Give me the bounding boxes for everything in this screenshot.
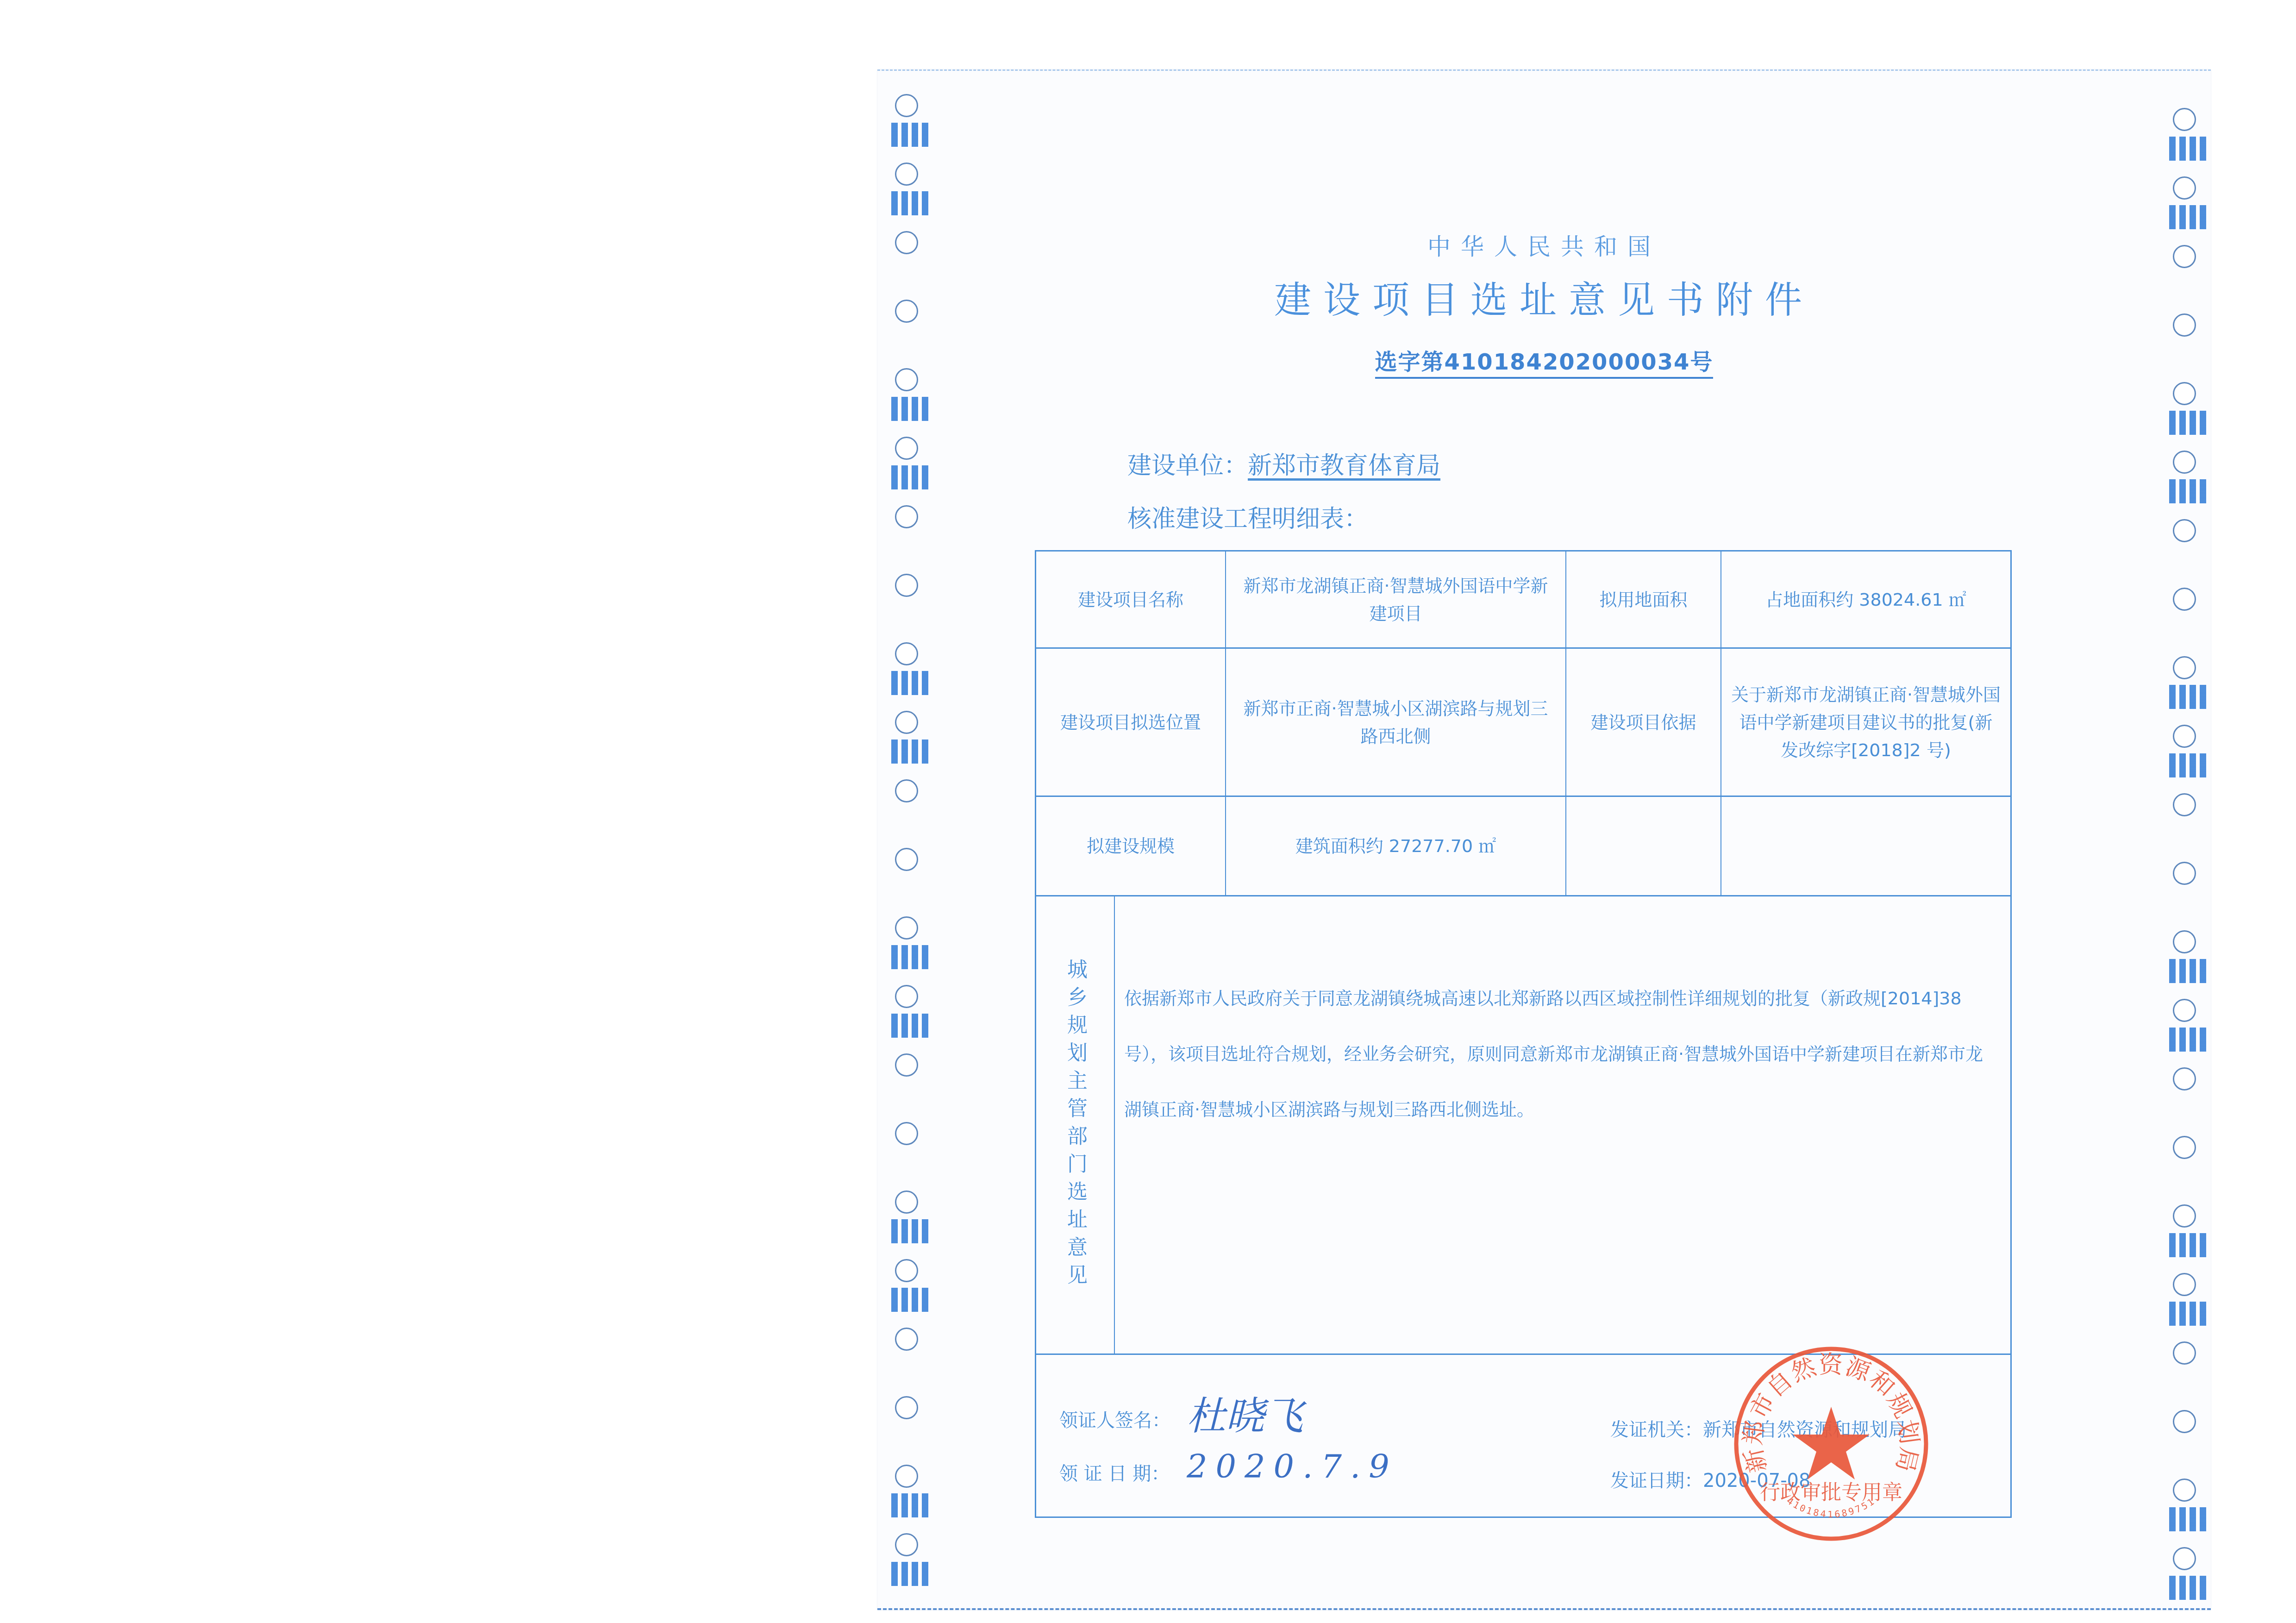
receive-date-label: 领 证 日 期： — [1059, 1459, 1170, 1485]
label-project-location: 建设项目拟选位置 — [1036, 649, 1226, 797]
sprocket-hole — [2173, 656, 2196, 679]
barcode-mark — [2169, 1028, 2208, 1052]
barcode-mark — [2169, 685, 2208, 709]
sprocket-hole — [2173, 108, 2196, 131]
barcode-mark — [891, 945, 930, 969]
sprocket-hole — [2173, 382, 2196, 405]
document-title: 建设项目选址意见书附件 — [877, 270, 2211, 323]
barcode-mark — [2169, 1576, 2208, 1600]
barcode-mark — [891, 1493, 930, 1517]
sprocket-hole — [895, 1259, 918, 1282]
star-icon — [1793, 1407, 1870, 1479]
receiver-sign-label: 领证人签名： — [1059, 1406, 1170, 1432]
sprocket-hole — [2173, 793, 2196, 816]
label-land-area: 拟用地面积 — [1566, 551, 1721, 649]
value-land-area: 占地面积约 38024.61 ㎡ — [1721, 551, 2010, 649]
detail-list-heading: 核准建设工程明细表： — [1127, 499, 1368, 534]
sprocket-hole — [895, 711, 918, 734]
sprocket-hole — [895, 1053, 918, 1077]
sprocket-hole — [895, 574, 918, 597]
barcode-mark — [2169, 137, 2208, 161]
sprocket-hole — [895, 848, 918, 871]
barcode-mark — [2169, 753, 2208, 777]
issue-date-label: 发证日期： — [1610, 1470, 1703, 1491]
barcode-mark — [891, 123, 930, 147]
official-seal: 新郑市自然资源和规划局 行政审批专用章 4101841689751 — [1732, 1344, 1931, 1543]
sprocket-hole — [895, 1122, 918, 1145]
value-project-name: 新郑市龙湖镇正商·智慧城外国语中学新建项目 — [1226, 551, 1566, 649]
barcode-mark — [2169, 479, 2208, 503]
sprocket-hole — [895, 985, 918, 1008]
label-project-basis: 建设项目依据 — [1566, 649, 1721, 797]
sprocket-hole — [2173, 1067, 2196, 1090]
sprocket-hole — [895, 642, 918, 665]
issuer-label: 发证机关： — [1610, 1419, 1703, 1441]
sprocket-hole — [2173, 176, 2196, 200]
barcode-mark — [891, 1219, 930, 1243]
sprocket-hole — [2173, 588, 2196, 611]
sprocket-hole — [2173, 1273, 2196, 1296]
country-heading: 中华人民共和国 — [877, 228, 2211, 262]
sprocket-hole — [2173, 862, 2196, 885]
empty-cell-label — [1566, 797, 1721, 896]
opinion-label: 城乡规划主管部门选址意见 — [1061, 959, 1089, 1292]
barcode-mark — [891, 191, 930, 215]
value-project-basis: 关于新郑市龙湖镇正商·智慧城外国语中学新建项目建议书的批复(新发改综字[2018… — [1721, 649, 2010, 797]
sprocket-hole — [895, 916, 918, 940]
barcode-mark — [2169, 411, 2208, 435]
sprocket-hole — [2173, 1479, 2196, 1502]
label-project-name: 建设项目名称 — [1036, 551, 1226, 649]
sprocket-hole — [2173, 930, 2196, 953]
barcode-mark — [891, 1288, 930, 1312]
receive-date-value: 2020.7.9 — [1187, 1448, 1398, 1485]
opinion-label-cell: 城乡规划主管部门选址意见 — [1036, 896, 1115, 1355]
sprocket-hole — [895, 1465, 918, 1488]
sprocket-hole — [895, 1328, 918, 1351]
svg-text:行政审批专用章: 行政审批专用章 — [1760, 1481, 1902, 1504]
document-number: 选字第410184202000034号 — [877, 344, 2211, 376]
barcode-mark — [2169, 205, 2208, 229]
barcode-mark — [891, 671, 930, 695]
barcode-mark — [2169, 1302, 2208, 1326]
sprocket-hole — [2173, 519, 2196, 542]
sprocket-hole — [895, 163, 918, 186]
construction-unit: 建设单位：新郑市教育体育局 — [1127, 446, 1454, 481]
sprocket-hole — [2173, 1136, 2196, 1159]
barcode-mark — [891, 1562, 930, 1586]
value-project-location: 新郑市正商·智慧城小区湖滨路与规划三路西北侧 — [1226, 649, 1566, 797]
barcode-mark — [2169, 959, 2208, 983]
barcode-mark — [2169, 1507, 2208, 1531]
receiver-signature: 杜晓飞 — [1187, 1385, 1303, 1441]
sprocket-hole — [895, 1191, 918, 1214]
sprocket-hole — [2173, 999, 2196, 1022]
barcode-mark — [891, 397, 930, 421]
sprocket-hole — [895, 779, 918, 802]
barcode-mark — [2169, 1233, 2208, 1257]
sprocket-hole — [2173, 451, 2196, 474]
sprocket-hole — [895, 94, 918, 117]
barcode-mark — [891, 465, 930, 489]
sprocket-hole — [895, 1396, 918, 1419]
sprocket-hole — [2173, 1547, 2196, 1570]
sprocket-hole — [895, 505, 918, 528]
barcode-mark — [891, 1014, 930, 1038]
sprocket-hole — [2173, 725, 2196, 748]
construction-unit-value: 新郑市教育体育局 — [1248, 452, 1454, 480]
sprocket-hole — [2173, 1204, 2196, 1228]
sprocket-hole — [895, 1533, 918, 1556]
barcode-mark — [891, 739, 930, 764]
construction-unit-label: 建设单位： — [1127, 452, 1248, 480]
form-paper: 中华人民共和国 建设项目选址意见书附件 选字第410184202000034号 … — [877, 69, 2211, 1610]
empty-cell-value — [1721, 797, 2010, 896]
label-construction-scale: 拟建设规模 — [1036, 797, 1226, 896]
sprocket-hole — [2173, 1341, 2196, 1365]
opinion-text: 依据新郑市人民政府关于同意龙湖镇绕城高速以北郑新路以西区域控制性详细规划的批复（… — [1115, 896, 2010, 1355]
sprocket-hole — [2173, 1410, 2196, 1433]
value-construction-scale: 建筑面积约 27277.70 ㎡ — [1226, 797, 1566, 896]
sprocket-hole — [895, 437, 918, 460]
